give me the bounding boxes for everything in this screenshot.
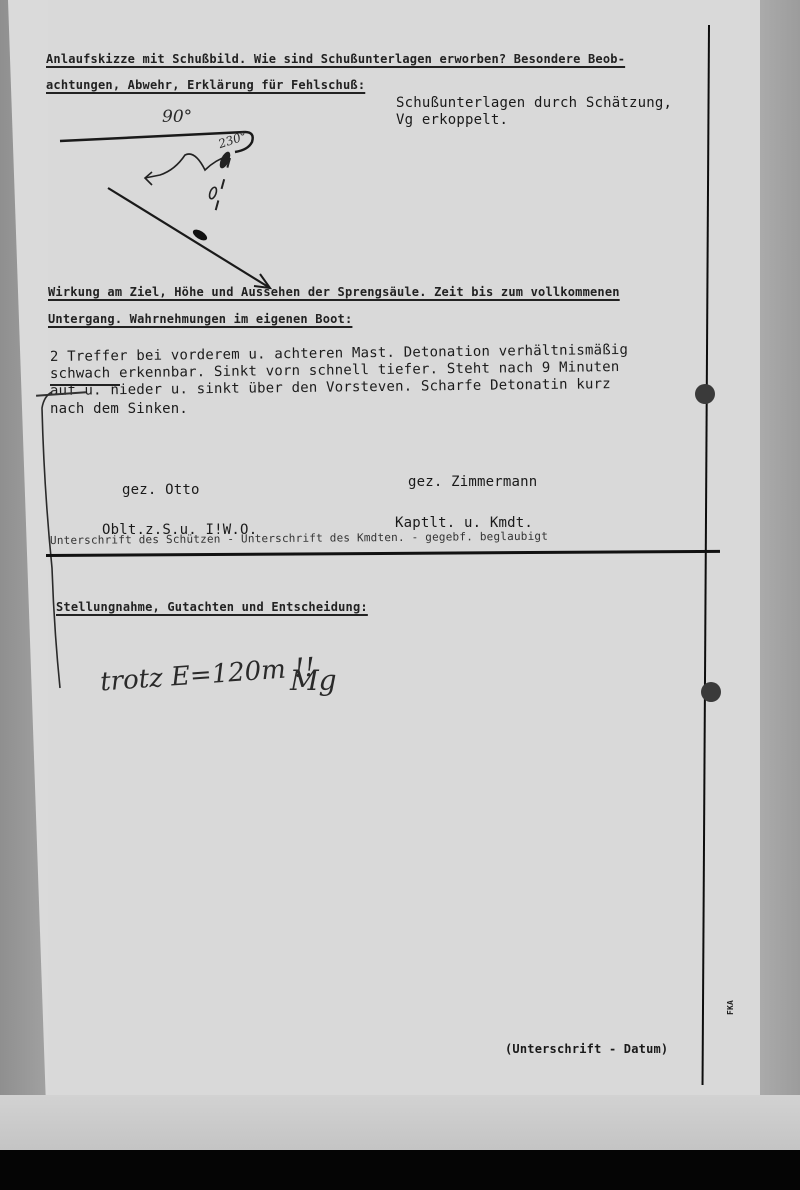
handwritten-initials: Mg — [290, 664, 337, 697]
section1-heading-line2: achtungen, Abwehr, Erklärung für Fehlsch… — [46, 78, 365, 92]
signature-right-name: gez. Zimmermann — [408, 474, 537, 490]
signature-right-rank: Kaptlt. u. Kmdt. — [395, 515, 533, 531]
section2-heading-line1: Wirkung am Ziel, Höhe und Aussehen der S… — [48, 285, 620, 299]
attack-sketch-diagram — [50, 100, 290, 300]
section3-heading: Stellungnahme, Gutachten und Entscheidun… — [56, 600, 368, 614]
sketch-label-90: 90° — [162, 107, 192, 127]
section1-heading-line1: Anlaufskizze mit Schußbild. Wie sind Sch… — [46, 52, 625, 66]
film-edge — [0, 1150, 800, 1190]
punch-hole-upper — [695, 384, 715, 404]
margin-mark: FKA — [726, 1000, 735, 1015]
section1-answer-line1: Schußunterlagen durch Schätzung, — [396, 95, 672, 111]
section2-body-line4: nach dem Sinken. — [50, 401, 188, 418]
section2-heading-line2: Untergang. Wahrnehmungen im eigenen Boot… — [48, 312, 352, 326]
signature-date-label: (Unterschrift - Datum) — [505, 1042, 668, 1056]
schwach-underline — [50, 384, 120, 386]
scan-bottom-strip — [0, 1095, 800, 1150]
section1-answer-line2: Vg erkoppelt. — [396, 112, 508, 128]
punch-hole-lower — [701, 682, 721, 702]
signature-left-name: gez. Otto — [122, 482, 200, 498]
